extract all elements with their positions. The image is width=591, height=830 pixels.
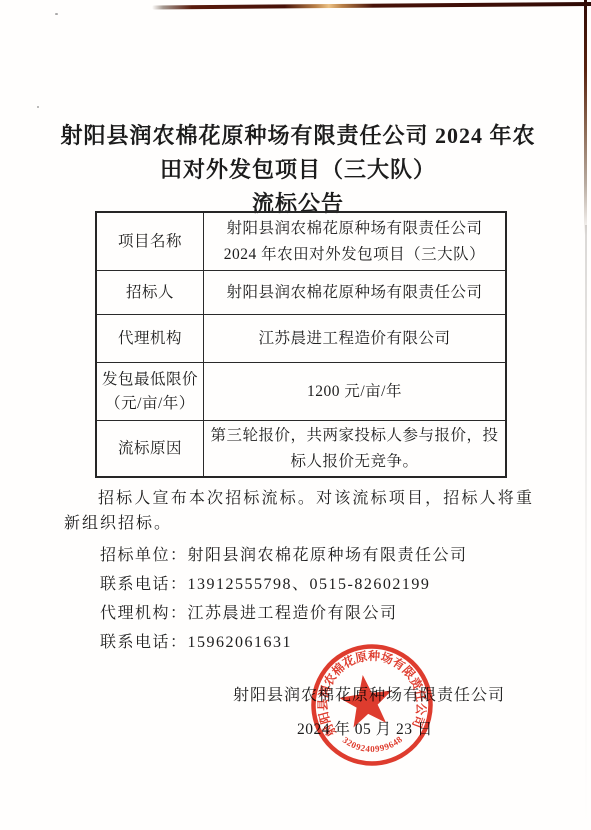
scan-top-edge-line	[152, 2, 591, 9]
announcement-paragraph: 招标人宣布本次招标流标。对该流标项目，招标人将重新组织招标。	[64, 487, 534, 536]
contact-label: 代理机构：	[100, 605, 188, 622]
contact-line-agency: 代理机构：江苏晨进工程造价有限公司	[100, 599, 540, 628]
contact-line-tender-unit: 招标单位：射阳县润农棉花原种场有限责任公司	[100, 541, 540, 570]
table-row-failure-reason: 流标原因 第三轮报价，共两家投标人参与报价，投 标人报价无竞争。	[97, 420, 505, 476]
seal-code-text: 3209240999648	[340, 727, 406, 759]
table-row-project-name: 项目名称 射阳县润农棉花原种场有限责任公司 2024 年农田对外发包项目（三大队…	[97, 213, 505, 270]
announcement-table: 项目名称 射阳县润农棉花原种场有限责任公司 2024 年农田对外发包项目（三大队…	[95, 211, 507, 478]
contact-value: 射阳县润农棉花原种场有限责任公司	[188, 547, 468, 564]
row-value: 江苏晨进工程造价有限公司	[204, 315, 505, 362]
row-label: 代理机构	[97, 315, 204, 362]
row-label: 发包最低限价 （元/亩/年）	[97, 363, 204, 420]
contact-label: 招标单位：	[100, 547, 188, 564]
scan-speck	[55, 13, 58, 15]
contact-value: 13912555798、0515-82602199	[188, 576, 431, 593]
row-value: 射阳县润农棉花原种场有限责任公司	[204, 271, 505, 314]
star-icon	[336, 671, 396, 729]
svg-text:3209240999648: 3209240999648	[340, 727, 406, 759]
contact-label: 联系电话：	[100, 634, 188, 651]
page-title-line-2: 田对外发包项目（三大队）	[8, 153, 588, 187]
table-row-minimum-price: 发包最低限价 （元/亩/年） 1200 元/亩/年	[97, 362, 505, 420]
contact-label: 联系电话：	[100, 576, 188, 593]
row-value: 1200 元/亩/年	[204, 363, 505, 420]
scan-speck	[37, 106, 39, 108]
table-row-agency: 代理机构 江苏晨进工程造价有限公司	[97, 314, 505, 362]
contact-line-phone-1: 联系电话：13912555798、0515-82602199	[100, 570, 540, 599]
company-seal-stamp: 射阳县润农棉花原种场有限责任公司 3209240999648	[276, 609, 468, 801]
page-title-line-1: 射阳县润农棉花原种场有限责任公司 2024 年农	[8, 119, 588, 153]
row-label: 项目名称	[97, 213, 204, 270]
row-value: 第三轮报价，共两家投标人参与报价，投 标人报价无竞争。	[204, 421, 505, 476]
row-value: 射阳县润农棉花原种场有限责任公司 2024 年农田对外发包项目（三大队）	[204, 213, 505, 270]
table-row-tenderer: 招标人 射阳县润农棉花原种场有限责任公司	[97, 270, 505, 314]
page-title: 射阳县润农棉花原种场有限责任公司 2024 年农 田对外发包项目（三大队） 流标…	[8, 119, 588, 221]
scanned-document-page: 射阳县润农棉花原种场有限责任公司 2024 年农 田对外发包项目（三大队） 流标…	[0, 0, 591, 830]
row-label: 招标人	[97, 271, 204, 314]
scan-right-edge-shadow	[585, 225, 587, 830]
row-label: 流标原因	[97, 421, 204, 476]
